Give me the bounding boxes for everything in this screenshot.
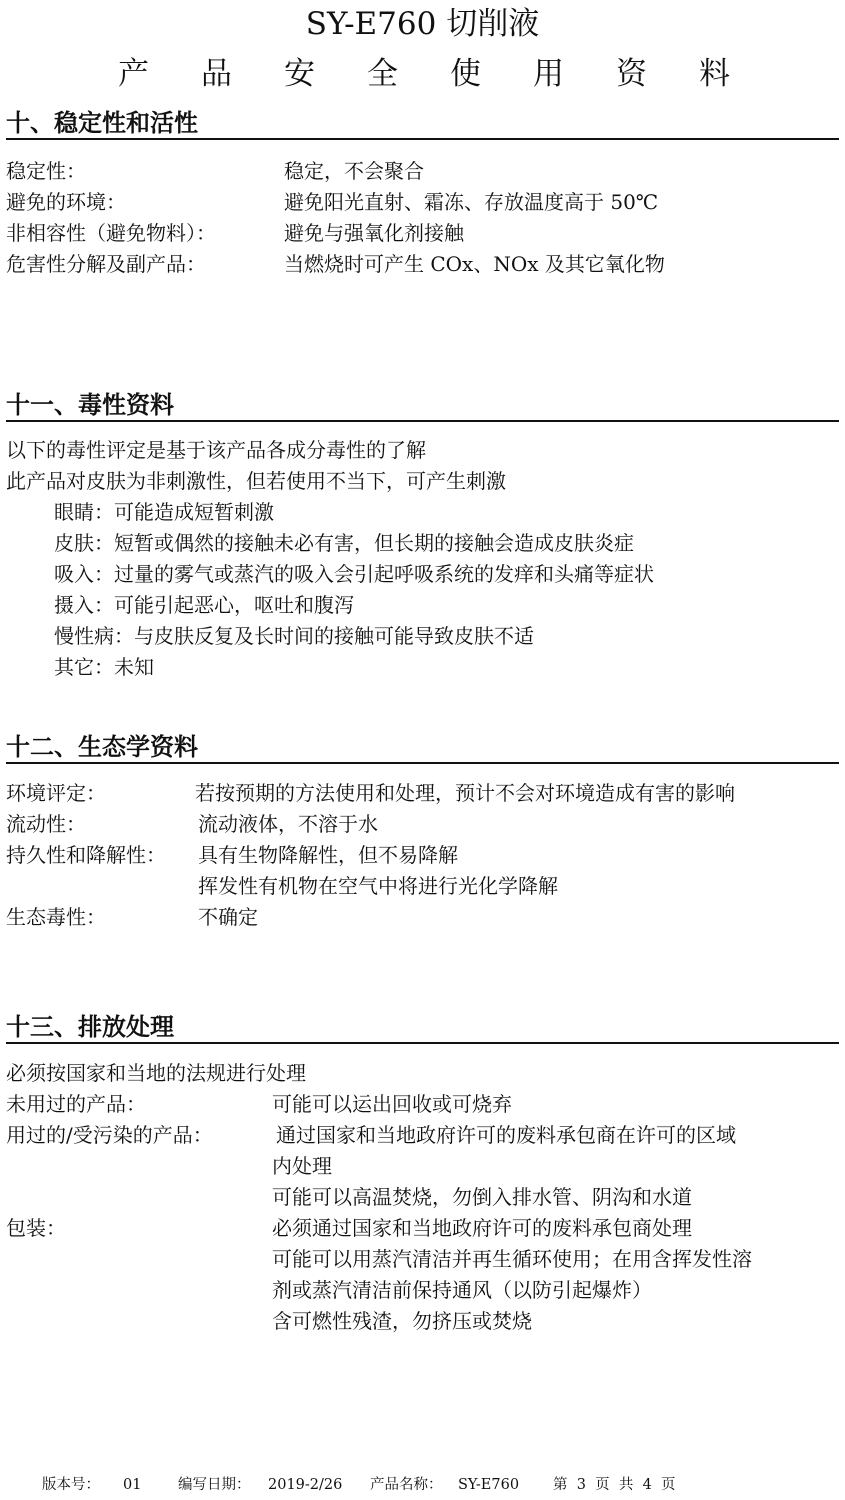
toxicity-item: 摄入：可能引起恶心，呕吐和腹泻 [54, 592, 354, 618]
toxicity-item: 其它：未知 [54, 654, 154, 680]
footer-product-label: 产品名称： [370, 1476, 443, 1494]
row-value: 稳定，不会聚合 [284, 158, 424, 184]
row-value: 通过国家和当地政府许可的废料承包商在许可的区域 [276, 1122, 736, 1148]
row-label: 生态毒性： [6, 904, 106, 930]
row-label: 包装： [6, 1215, 66, 1241]
row-value: 当燃烧时可产生 COx、NOx 及其它氧化物 [284, 251, 665, 277]
row-value: 具有生物降解性，但不易降解 [198, 842, 458, 868]
subtitle-char: 料 [699, 54, 730, 94]
row-label: 避免的环境： [6, 189, 126, 215]
subtitle-char: 资 [616, 54, 647, 94]
row-value: 剂或蒸汽清洁前保持通风（以防引起爆炸） [272, 1277, 652, 1303]
footer-page-number: 第 3 页 共 4 页 [553, 1476, 676, 1494]
row-label: 未用过的产品： [6, 1091, 146, 1117]
footer-version-label: 版本号： [42, 1476, 100, 1494]
section-heading-disposal: 十三、排放处理 [6, 1012, 839, 1044]
row-value: 不确定 [198, 904, 258, 930]
row-value: 内处理 [272, 1153, 332, 1179]
row-value: 流动液体，不溶于水 [198, 811, 378, 837]
intro-line: 以下的毒性评定是基于该产品各成分毒性的了解 [6, 437, 426, 463]
subtitle-char: 产 [118, 54, 149, 94]
section-heading-toxicity: 十一、毒性资料 [6, 390, 839, 422]
row-label: 稳定性： [6, 158, 86, 184]
subtitle-char: 全 [367, 54, 398, 94]
document-subtitle: 产 品 安 全 使 用 资 料 [118, 54, 730, 94]
document-title: SY-E760 切削液 [0, 4, 845, 44]
section-heading-stability: 十、稳定性和活性 [6, 108, 839, 140]
footer-date: 2019-2/26 [268, 1476, 342, 1494]
row-value: 含可燃性残渣，勿挤压或焚烧 [272, 1308, 532, 1334]
toxicity-item: 吸入：过量的雾气或蒸汽的吸入会引起呼吸系统的发痒和头痛等症状 [54, 561, 654, 587]
footer-product: SY-E760 [458, 1476, 519, 1494]
section-heading-ecology: 十二、生态学资料 [6, 732, 839, 764]
intro-line: 必须按国家和当地的法规进行处理 [6, 1060, 306, 1086]
row-value: 可能可以运出回收或可烧弃 [272, 1091, 512, 1117]
row-value: 避免阳光直射、霜冻、存放温度高于 50℃ [284, 189, 658, 215]
row-value: 可能可以用蒸汽清洁并再生循环使用；在用含挥发性溶 [272, 1246, 752, 1272]
subtitle-char: 品 [201, 54, 232, 94]
row-value: 必须通过国家和当地政府许可的废料承包商处理 [272, 1215, 692, 1241]
row-label: 用过的/受污染的产品： [6, 1122, 213, 1148]
toxicity-item: 眼睛：可能造成短暂刺激 [54, 499, 274, 525]
row-label: 危害性分解及副产品： [6, 251, 206, 277]
row-value: 若按预期的方法使用和处理，预计不会对环境造成有害的影响 [195, 780, 735, 806]
subtitle-char: 用 [533, 54, 564, 94]
row-label: 流动性： [6, 811, 86, 837]
footer-date-label: 编写日期： [178, 1476, 251, 1494]
footer-version: 01 [123, 1476, 141, 1494]
row-label: 非相容性（避免物料）： [6, 220, 216, 246]
subtitle-char: 使 [450, 54, 481, 94]
row-value: 可能可以高温焚烧，勿倒入排水管、阴沟和水道 [272, 1184, 692, 1210]
subtitle-char: 安 [284, 54, 315, 94]
intro-line: 此产品对皮肤为非刺激性，但若使用不当下，可产生刺激 [6, 468, 506, 494]
row-label: 持久性和降解性： [6, 842, 166, 868]
row-value: 避免与强氧化剂接触 [284, 220, 464, 246]
row-label: 环境评定： [6, 780, 106, 806]
toxicity-item: 皮肤：短暂或偶然的接触未必有害，但长期的接触会造成皮肤炎症 [54, 530, 634, 556]
row-value: 挥发性有机物在空气中将进行光化学降解 [198, 873, 558, 899]
toxicity-item: 慢性病：与皮肤反复及长时间的接触可能导致皮肤不适 [54, 623, 534, 649]
